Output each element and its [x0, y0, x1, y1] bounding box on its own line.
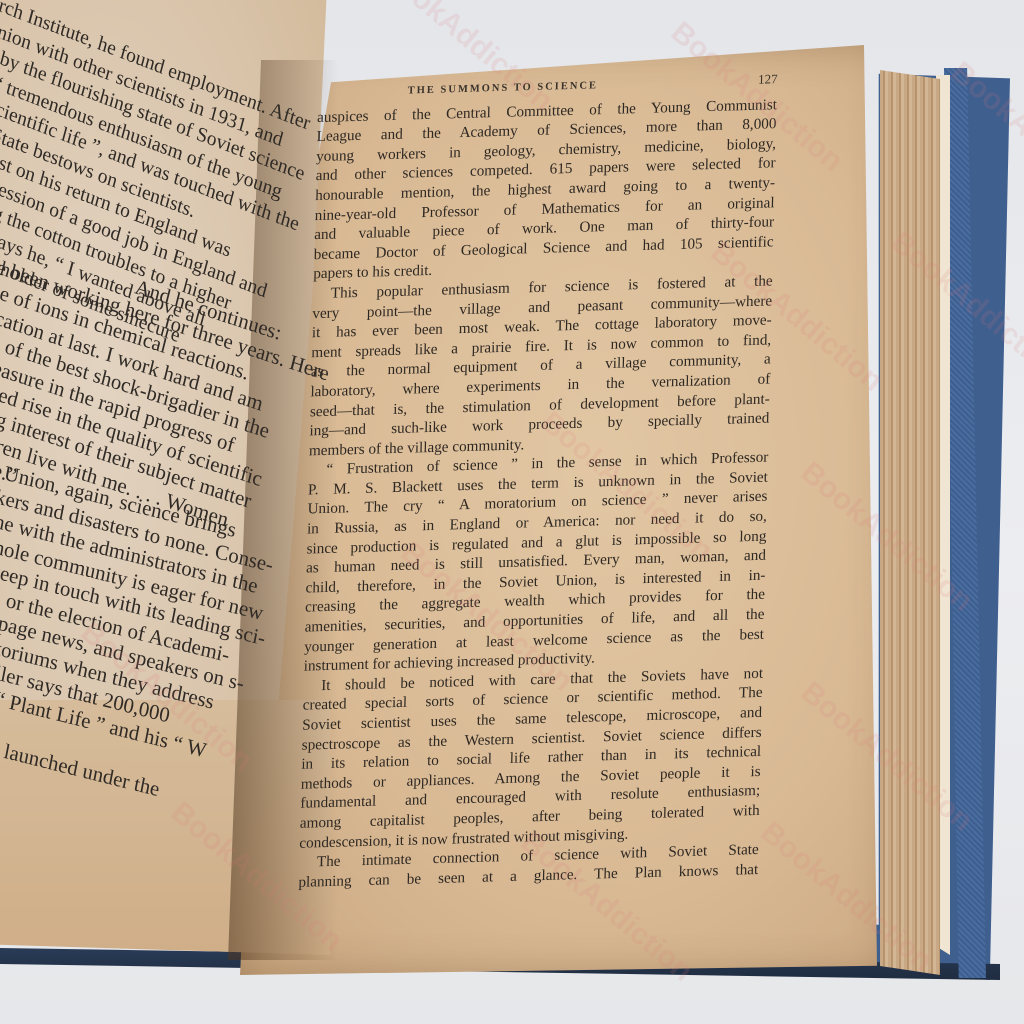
page-stack-edge: [880, 70, 940, 975]
right-page-text: THE SUMMONS TO SCIENCE 127 auspices of t…: [298, 69, 778, 892]
running-head-title: THE SUMMONS TO SCIENCE: [407, 76, 598, 101]
book-photo: THE SUMMONS TO SCIENCE 127 auspices of t…: [0, 0, 1024, 1024]
page-number: 127: [758, 69, 778, 89]
